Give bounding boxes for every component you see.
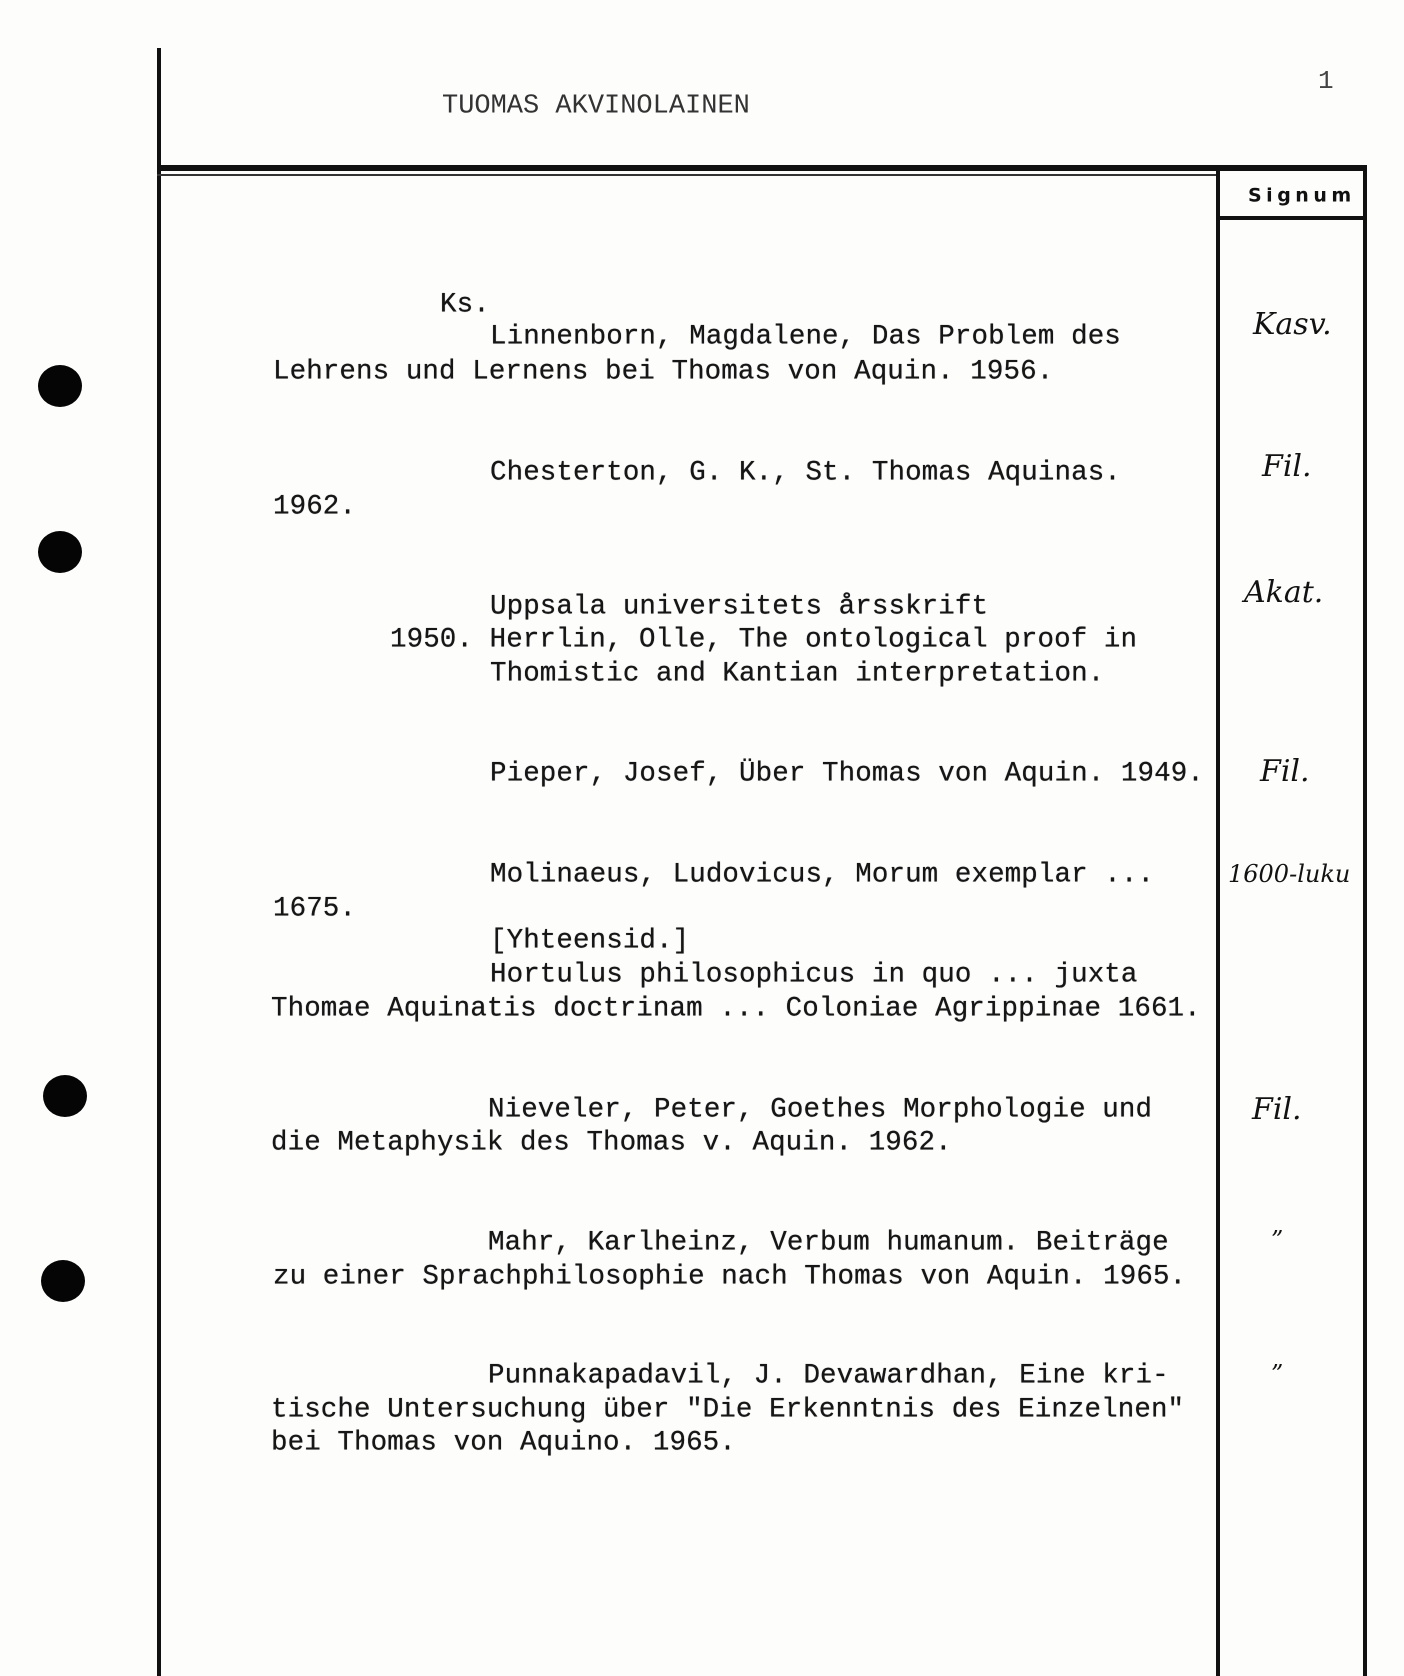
- entry-line: 1675.: [273, 895, 356, 923]
- entry-line: 1962.: [273, 493, 356, 521]
- signum-value: 1600-luku: [1228, 862, 1350, 886]
- punch-hole: [43, 1075, 87, 1117]
- signum-value: Fil.: [1260, 757, 1310, 787]
- punch-hole: [38, 531, 82, 573]
- signum-value: Fil.: [1262, 452, 1312, 482]
- entry-line: Molinaeus, Ludovicus, Morum exemplar ...: [490, 861, 1154, 889]
- entry-line: Ks.: [440, 291, 490, 319]
- entry-line: Uppsala universitets årsskrift: [490, 593, 988, 621]
- entry-line: die Metaphysik des Thomas v. Aquin. 1962…: [271, 1129, 952, 1157]
- entry-line: Thomae Aquinatis doctrinam ... Coloniae …: [271, 995, 1201, 1023]
- signum-column-right-border: [1363, 165, 1367, 1676]
- signum-header-rule: [1216, 216, 1367, 220]
- entry-line: [Yhteensid.]: [490, 927, 689, 955]
- entry-line: Pieper, Josef, Über Thomas von Aquin. 19…: [490, 760, 1204, 788]
- entry-line: Hortulus philosophicus in quo ... juxta: [490, 961, 1138, 989]
- card-title: TUOMAS AKVINOLAINEN: [442, 94, 750, 121]
- entry-line: Lehrens und Lernens bei Thomas von Aquin…: [273, 358, 1053, 386]
- header-rule-thin: [157, 174, 1217, 176]
- signum-column-header: Signum: [1248, 187, 1356, 206]
- entry-line: Chesterton, G. K., St. Thomas Aquinas.: [490, 459, 1121, 487]
- entry-line: Punnakapadavil, J. Devawardhan, Eine kri…: [488, 1362, 1169, 1390]
- signum-value: Akat.: [1244, 578, 1323, 608]
- punch-hole: [38, 365, 82, 407]
- signum-ditto-mark: ”: [1271, 1362, 1283, 1386]
- entry-line: tische Untersuchung über "Die Erkenntnis…: [271, 1396, 1184, 1424]
- entry-line: 1950. Herrlin, Olle, The ontological pro…: [390, 626, 1137, 654]
- punch-hole: [41, 1260, 85, 1302]
- entry-line: bei Thomas von Aquino. 1965.: [271, 1429, 736, 1457]
- entry-line: Nieveler, Peter, Goethes Morphologie und: [488, 1096, 1152, 1124]
- page-number: 1: [1318, 68, 1334, 94]
- entry-line: Mahr, Karlheinz, Verbum humanum. Beiträg…: [488, 1229, 1169, 1257]
- header-rule-thick: [157, 165, 1367, 171]
- card-left-border: [157, 48, 161, 1676]
- signum-column-left-border: [1216, 171, 1220, 1676]
- signum-ditto-mark: ”: [1271, 1228, 1283, 1252]
- entry-line: Thomistic and Kantian interpretation.: [490, 660, 1104, 688]
- signum-value: Kasv.: [1253, 310, 1332, 340]
- entry-line: zu einer Sprachphilosophie nach Thomas v…: [273, 1263, 1186, 1291]
- signum-value: Fil.: [1252, 1095, 1302, 1125]
- entry-line: Linnenborn, Magdalene, Das Problem des: [490, 323, 1121, 351]
